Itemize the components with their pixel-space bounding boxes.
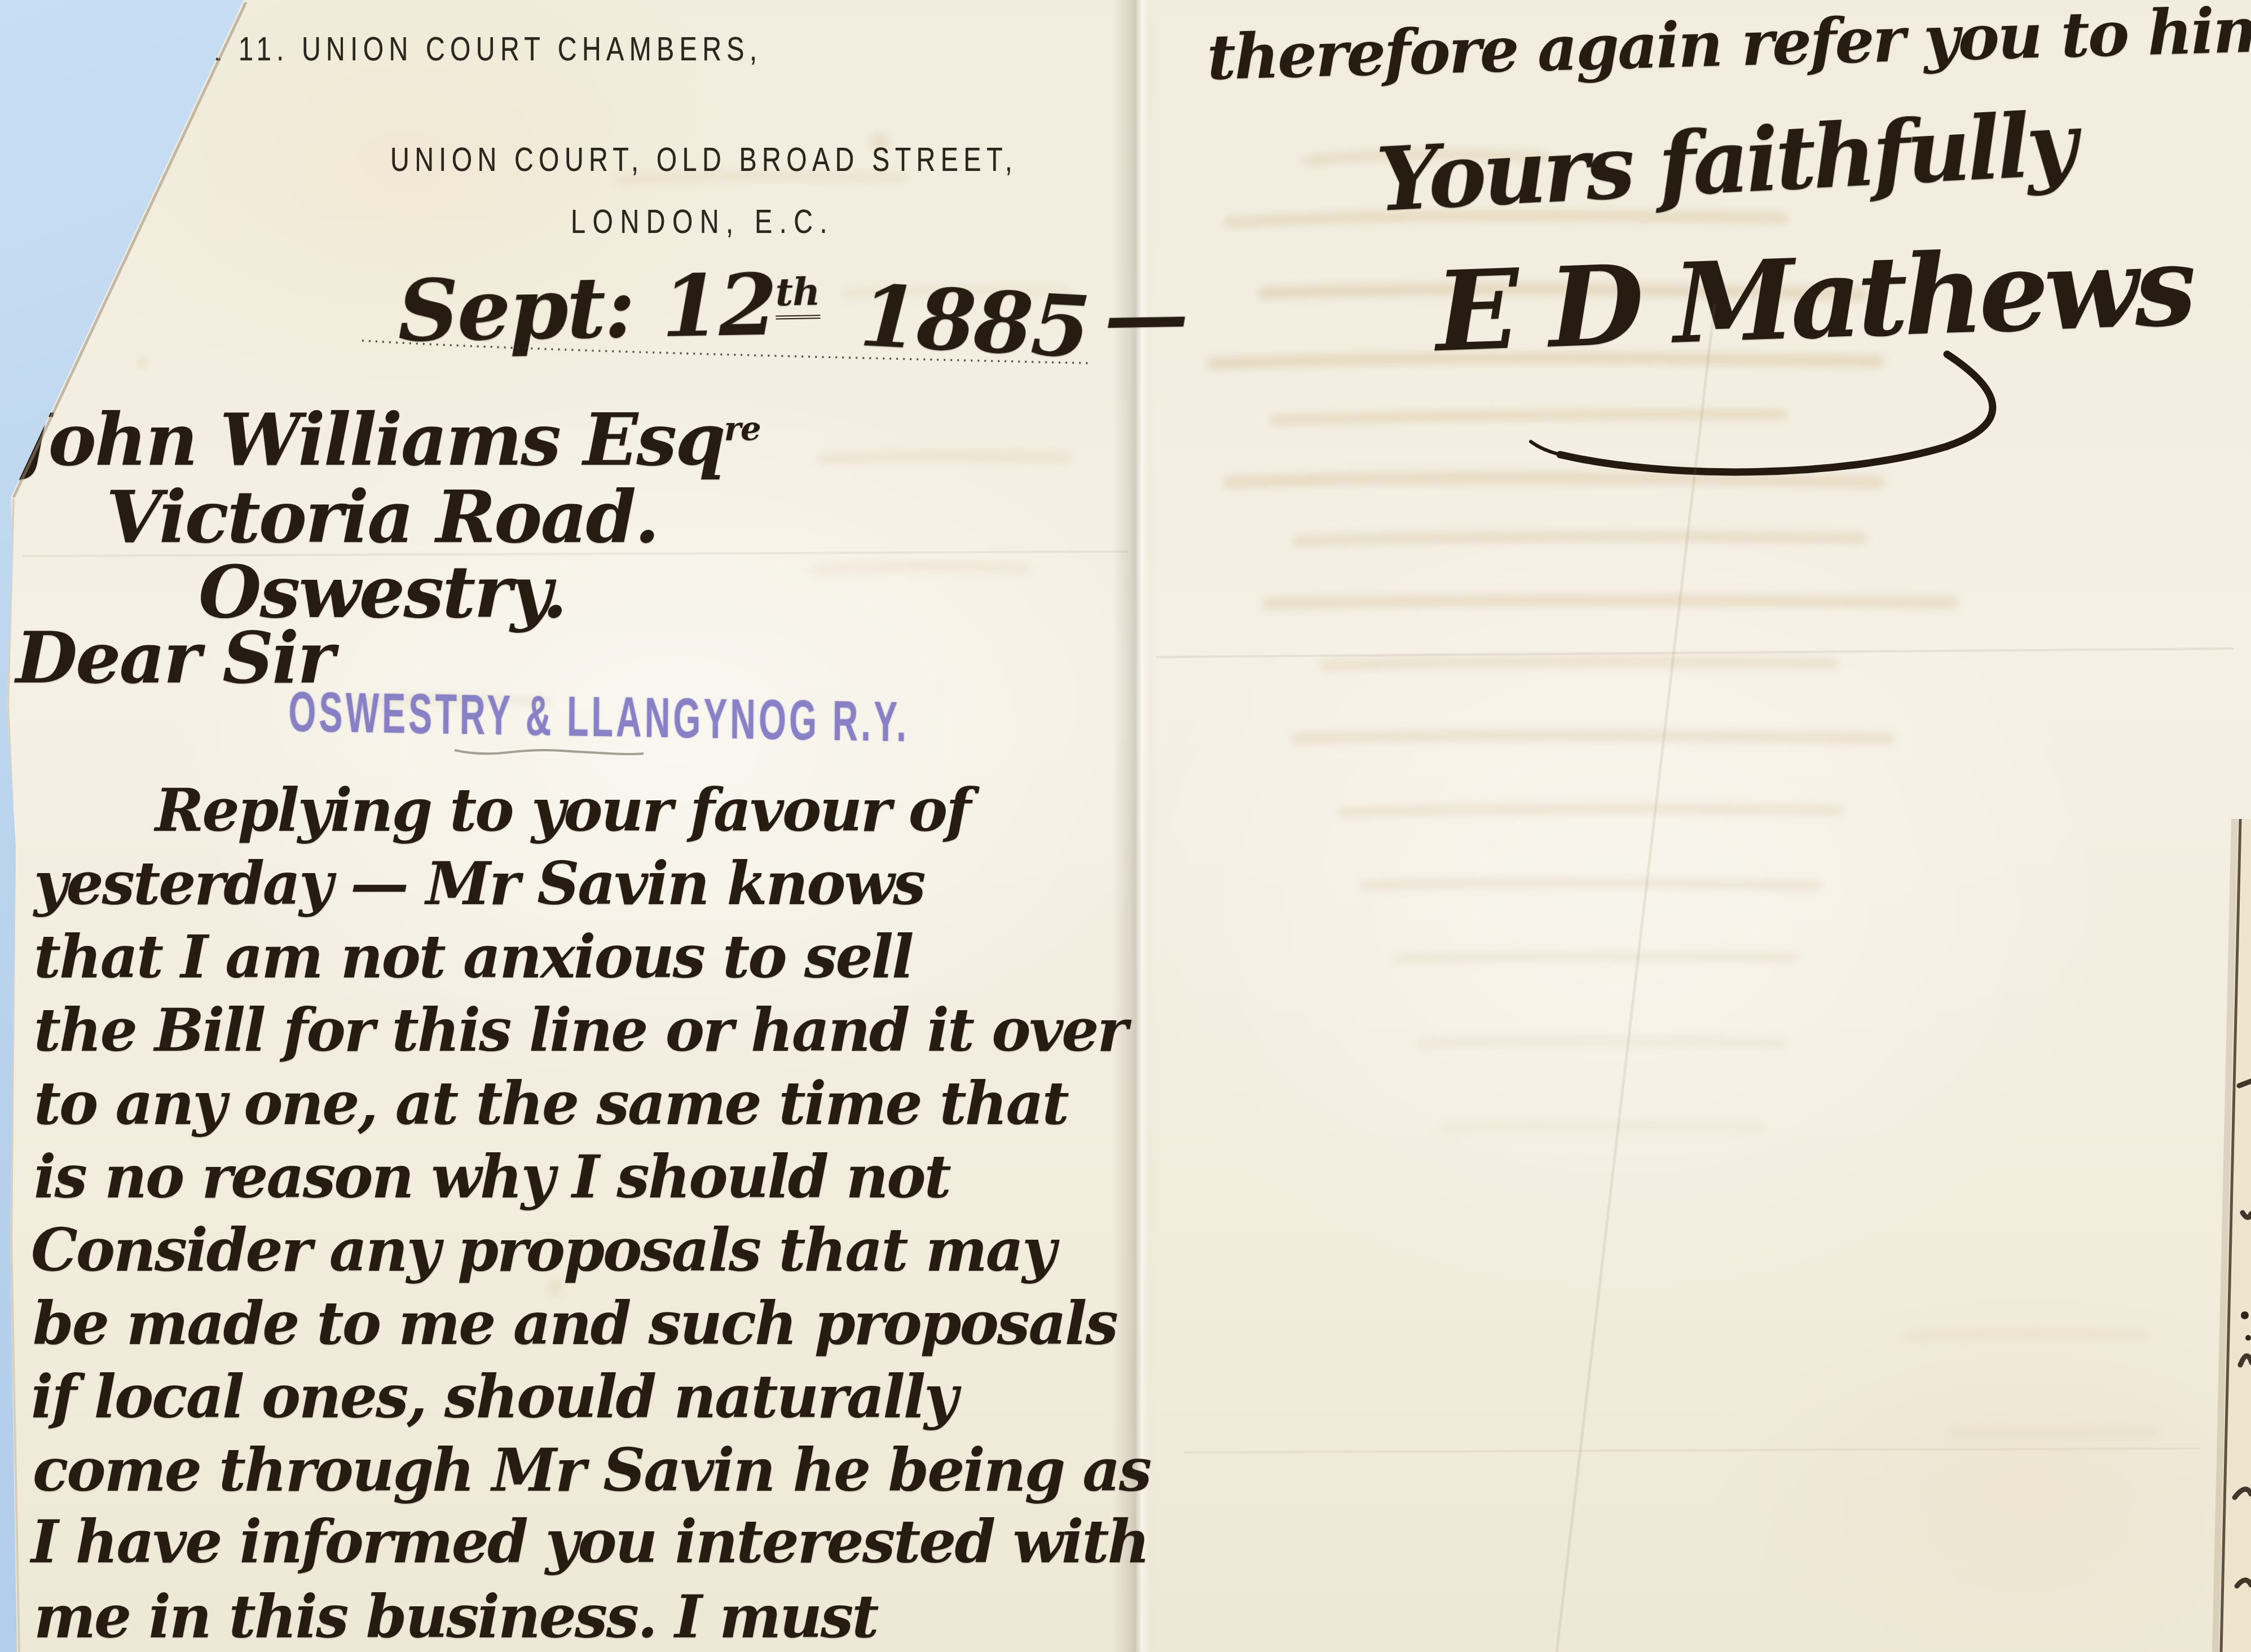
salutation: Dear Sir bbox=[16, 616, 333, 699]
date-line: Sept: 12th1885— bbox=[397, 248, 1188, 361]
valediction: Yours faithfully bbox=[1374, 92, 2077, 232]
date-year: 1885 bbox=[857, 266, 1091, 377]
body-line: that I am not anxious to sell bbox=[34, 922, 913, 992]
recipient-name: John Williams bbox=[16, 398, 560, 482]
body-line: I have informed you interested with bbox=[31, 1507, 1148, 1576]
recipient-address-line1: Victoria Road. bbox=[106, 475, 658, 560]
recipient-name-line: John Williams Esqre bbox=[16, 398, 761, 482]
scanner-background: & 11. UNION COURT CHAMBERS, UNION COURT,… bbox=[0, 0, 2251, 1652]
railway-company-stamp: OSWESTRY & LLANGYNOG R.Y. bbox=[288, 680, 909, 755]
letterhead-line1: & 11. UNION COURT CHAMBERS, bbox=[203, 29, 762, 68]
ink-dot bbox=[2241, 1311, 2249, 1319]
body-line: is no reason why I should not bbox=[34, 1142, 950, 1212]
body-line: to any one, at the same time that bbox=[34, 1069, 1068, 1138]
pencil-underline bbox=[455, 750, 644, 754]
date-ordinal: th bbox=[775, 269, 820, 319]
date-month-day: Sept: 12 bbox=[397, 255, 777, 362]
body-line: come through Mr Savin he being as bbox=[33, 1435, 1150, 1505]
body-line: me in this business. I must bbox=[34, 1582, 877, 1651]
body-line: Replying to your favour of bbox=[155, 776, 970, 845]
date-dash: — bbox=[1103, 265, 1188, 366]
body-line: yesterday — Mr Savin knows bbox=[34, 849, 924, 918]
recipient-honorific: Esq bbox=[583, 398, 724, 482]
body-line: be made to me and such proposals bbox=[33, 1289, 1117, 1358]
clipped-handwriting-strokes bbox=[2235, 1081, 2251, 1586]
letter-paper: & 11. UNION COURT CHAMBERS, UNION COURT,… bbox=[0, 0, 2251, 1652]
center-fold-crease bbox=[1112, 0, 1160, 1652]
signature: E D Mathews bbox=[1433, 221, 2193, 377]
closing-line: therefore again refer you to him. bbox=[1206, 0, 2251, 94]
recipient-honorific-sup: re bbox=[724, 409, 761, 448]
underlying-page-edge bbox=[2215, 819, 2251, 1652]
body-line: if local ones, should naturally bbox=[31, 1362, 957, 1431]
letterhead-partial-character bbox=[199, 35, 208, 68]
ink-dot bbox=[2245, 1335, 2251, 1341]
letterhead-line2: UNION COURT, OLD BROAD STREET, bbox=[390, 140, 1017, 179]
letterhead-line3: LONDON, E.C. bbox=[571, 202, 834, 241]
body-line: Consider any proposals that may bbox=[31, 1215, 1055, 1285]
signature-flourish bbox=[1531, 354, 1993, 472]
body-line: the Bill for this line or hand it over bbox=[34, 995, 1126, 1065]
